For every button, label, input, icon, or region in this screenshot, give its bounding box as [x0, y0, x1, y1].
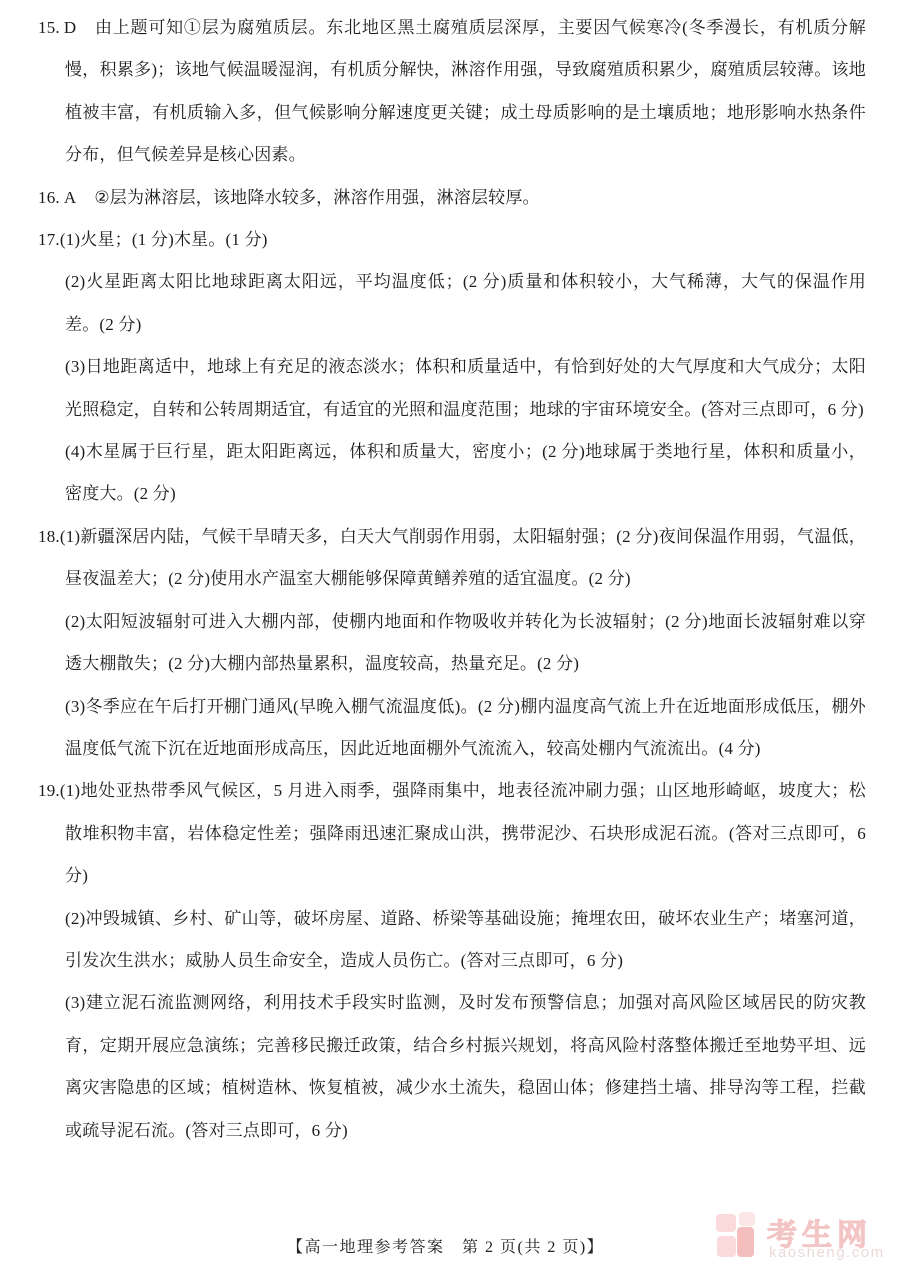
answer-item-18-part-2: (2)太阳短波辐射可进入大棚内部，使棚内地面和作物吸收并转化为长波辐射；(2 分… [65, 601, 866, 686]
answer-text: 由上题可知①层为腐殖质层。东北地区黑土腐殖质层深厚，主要因气候寒冷(冬季漫长，有… [65, 18, 866, 164]
answer-item-18-part-3: (3)冬季应在午后打开棚门通风(早晚入棚气流温度低)。(2 分)棚内温度高气流上… [65, 686, 866, 771]
answer-text: (1)火星；(1 分)木星。(1 分) [60, 230, 268, 249]
logo-block [739, 1212, 755, 1226]
watermark-domain: kaosheng.com [769, 1244, 885, 1261]
answer-text: (1)地处亚热带季风气候区，5 月进入雨季，强降雨集中，地表径流冲刷力强；山区地… [60, 781, 866, 885]
answer-item-17: 17.(1)火星；(1 分)木星。(1 分) [38, 219, 866, 261]
watermark: 考生网 kaosheng.com [713, 1210, 888, 1272]
answer-item-16: 16.A②层为淋溶层，该地降水较多，淋溶作用强，淋溶层较厚。 [38, 177, 866, 219]
question-number: 16. [38, 188, 60, 207]
answer-item-19-part-2: (2)冲毁城镇、乡村、矿山等，破坏房屋、道路、桥梁等基础设施；掩埋农田，破坏农业… [65, 898, 866, 983]
answer-item-19-part-3: (3)建立泥石流监测网络，利用技术手段实时监测，及时发布预警信息；加强对高风险区… [65, 982, 866, 1152]
logo-block [717, 1236, 736, 1257]
answers-content: 15.D由上题可知①层为腐殖质层。东北地区黑土腐殖质层深厚，主要因气候寒冷(冬季… [38, 0, 866, 1152]
logo-block [716, 1214, 736, 1232]
answer-choice: A [64, 188, 76, 207]
question-number: 18. [38, 527, 60, 546]
question-number: 15. [38, 18, 60, 37]
answer-sheet-page: 15.D由上题可知①层为腐殖质层。东北地区黑土腐殖质层深厚，主要因气候寒冷(冬季… [0, 0, 900, 1279]
answer-text: ②层为淋溶层，该地降水较多，淋溶作用强，淋溶层较厚。 [94, 188, 539, 207]
answer-item-18: 18.(1)新疆深居内陆，气候干旱晴天多，白天大气削弱作用弱，太阳辐射强；(2 … [38, 516, 866, 601]
footer-page-label: 【高一地理参考答案 第 2 页(共 2 页)】 [287, 1234, 604, 1257]
answer-item-15: 15.D由上题可知①层为腐殖质层。东北地区黑土腐殖质层深厚，主要因气候寒冷(冬季… [38, 7, 866, 177]
kaosheng-logo-icon [713, 1210, 759, 1260]
logo-block [737, 1227, 754, 1257]
answer-item-19: 19.(1)地处亚热带季风气候区，5 月进入雨季，强降雨集中，地表径流冲刷力强；… [38, 770, 866, 897]
question-number: 17. [38, 230, 60, 249]
answer-item-17-part-4: (4)木星属于巨行星，距太阳距离远，体积和质量大，密度小；(2 分)地球属于类地… [65, 431, 866, 516]
answer-text: (1)新疆深居内陆，气候干旱晴天多，白天大气削弱作用弱，太阳辐射强；(2 分)夜… [60, 527, 866, 588]
answer-item-17-part-2: (2)火星距离太阳比地球距离太阳远，平均温度低；(2 分)质量和体积较小，大气稀… [65, 261, 866, 346]
answer-choice: D [64, 18, 76, 37]
answer-item-17-part-3: (3)日地距离适中，地球上有充足的液态淡水；体积和质量适中，有恰到好处的大气厚度… [65, 346, 866, 431]
question-number: 19. [38, 781, 60, 800]
